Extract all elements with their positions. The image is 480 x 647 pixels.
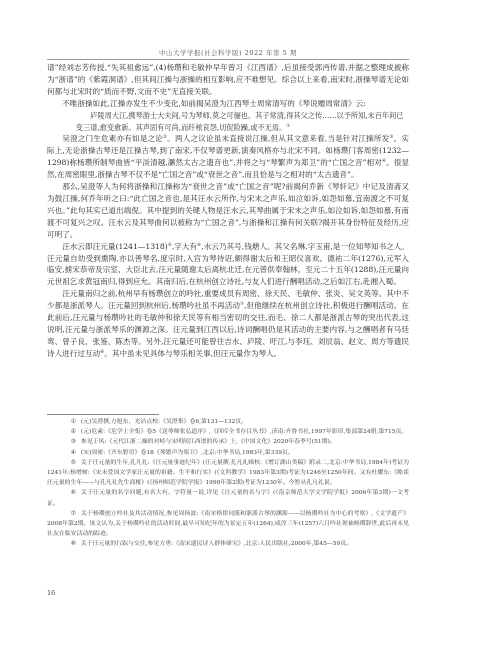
footnote-rule xyxy=(47,414,159,415)
footnote-number: ④ xyxy=(59,448,76,458)
running-head: 中山大学学报(社会科学版) 2022 年第 5 期 xyxy=(47,48,409,57)
paragraph: 吴澄之门生危素亦有如是之论②。两人之议论虽未直接说江操,但从其文意来看,当是针对… xyxy=(47,133,409,181)
header-rule xyxy=(47,59,409,60)
footnote: ⑧关于汪元量的行踪与交往,参见方勇:《南宋遗民诗人群体研究》,北京:人民出版社,… xyxy=(47,539,409,549)
paragraph: 不唯浙操如此,江操亦发生不少变化,如前揭吴澄为江西琴士周常清写的《琴说赠周常清》… xyxy=(47,98,409,110)
footnote-number: ⑥ xyxy=(59,488,76,498)
footnote-text: 关于汪元量的行踪与交往,参见方勇:《南宋遗民诗人群体研究》,北京:人民出版社,2… xyxy=(81,541,352,547)
journal-page: 中山大学学报(社会科学版) 2022 年第 5 期 谱”经刘志芳传授,“失其祖愈… xyxy=(0,0,480,647)
footnote-number: ⑧ xyxy=(59,539,76,549)
footnotes: ①(元)吴澄撰,方旭东、光洁点校:《吴澄集》卷6,第131—132页。 ②(元)… xyxy=(47,417,409,550)
footnote-text: (宋)周密:《齐东野语》卷18《琴繁声为郑卫》,北京:中华书局,1983年,第3… xyxy=(81,450,294,456)
block-quote: 庐陵周大江,携琴游士大夫间,号为琴师,莫之可俪也。其子常清,得其父之传……以予所… xyxy=(47,110,409,134)
paragraph-text: 吴澄之门生危素亦有如是之论 xyxy=(62,134,163,143)
footnote-number: ⑦ xyxy=(59,509,76,519)
paragraph: 汪元量南归之前,杭州早有杨瓒创立的吟社,重要成员有周密、徐天民、毛敏仲、张炎、吴… xyxy=(47,288,409,359)
footnote-text: (元)吴澄撰,方旭东、光洁点校:《吴澄集》卷6,第131—132页。 xyxy=(81,419,247,425)
paragraph-text: 。其中虽未见具体与琴乐相关事,但汪元量作为琴人, xyxy=(104,349,276,358)
paragraph-text: ,字大有 xyxy=(172,242,197,251)
footnote-text: 关于汪元量的名字问题,有名大有、字符量一说,详见《汪元量的名与字》(《南京师范大… xyxy=(47,490,409,506)
page-number: 16 xyxy=(47,589,55,597)
paragraph: 汪水云即汪元量(1241—1318)⑤,字大有⑥,水云乃其号,钱塘人。其父名琳,… xyxy=(47,241,409,289)
footnote-number: ⑤ xyxy=(59,458,76,468)
footnote: ⑥关于汪元量的名字问题,有名大有、字符量一说,详见《汪元量的名与字》(《南京师范… xyxy=(47,488,409,508)
footnote: ④(宋)周密:《齐东野语》卷18《琴繁声为郑卫》,北京:中华书局,1983年,第… xyxy=(47,448,409,458)
footnote: ⑦关于杨瓒创立吟社及其活动情况,参见周扬波:《南宋格律词派和浙派古琴的渊源——以… xyxy=(47,509,409,540)
footnote: ⑤关于汪元量的生年,孔凡礼:《汪元量事迹纪年》(汪元量撰,孔凡礼辑校:《增订湖山… xyxy=(47,458,409,489)
footnote: ①(元)吴澄撰,方旭东、光洁点校:《吴澄集》卷6,第131—132页。 xyxy=(47,417,409,427)
paragraph-text: 汪水云即汪元量(1241—1318) xyxy=(62,242,167,251)
paragraph-text: 。两人之议论虽未直接说江操,但从其文意来看,当是针对江操所发 xyxy=(167,134,389,143)
footnote-text: (元)危素:《危学士全集》卷5《送琴师张弘道序》,《四库全书存目丛书》,济南:齐… xyxy=(81,429,407,435)
footnote-text: 关于杨瓒创立吟社及其活动情况,参见周扬波:《南宋格律词派和浙派古琴的渊源——以杨… xyxy=(47,511,409,537)
footnote-text: 关于汪元量的生年,孔凡礼:《汪元量事迹纪年》(汪元量撰,孔凡礼辑校:《增订湖山类… xyxy=(47,460,409,486)
footnote: ③参见王风:《元代江浙二操的对峙与宋明间江西谱的传承》上,《中国文化》2020年… xyxy=(47,437,409,447)
paragraph: 那么,吴澄等人为何将浙操和江操称为“衰世之音”或“亡国之音”呢?前揭何乔新《琴轩… xyxy=(47,181,409,241)
paragraph-continuation: 谱”经刘志芳传授,“失其祖愈远”,(4)杨瓒和毛敏仲早年曾习《江西谱》,后虽接受… xyxy=(47,62,409,98)
footnote-ref[interactable]: ① xyxy=(286,124,290,129)
footnote: ②(元)危素:《危学士全集》卷5《送琴师张弘道序》,《四库全书存目丛书》,济南:… xyxy=(47,427,409,437)
footnote-number: ② xyxy=(59,427,76,437)
footnote-text: 参见王风:《元代江浙二操的对峙与宋明间江西谱的传承》上,《中国文化》2020年春… xyxy=(81,439,336,445)
footnote-number: ③ xyxy=(59,437,76,447)
quote-text: 庐陵周大江,携琴游士大夫间,号为琴师,莫之可俪也。其子常清,得其父之传……以予所… xyxy=(76,111,404,132)
footnote-number: ① xyxy=(59,417,76,427)
body-text: 谱”经刘志芳传授,“失其祖愈远”,(4)杨瓒和毛敏仲早年曾习《江西谱》,后虽接受… xyxy=(47,62,409,360)
